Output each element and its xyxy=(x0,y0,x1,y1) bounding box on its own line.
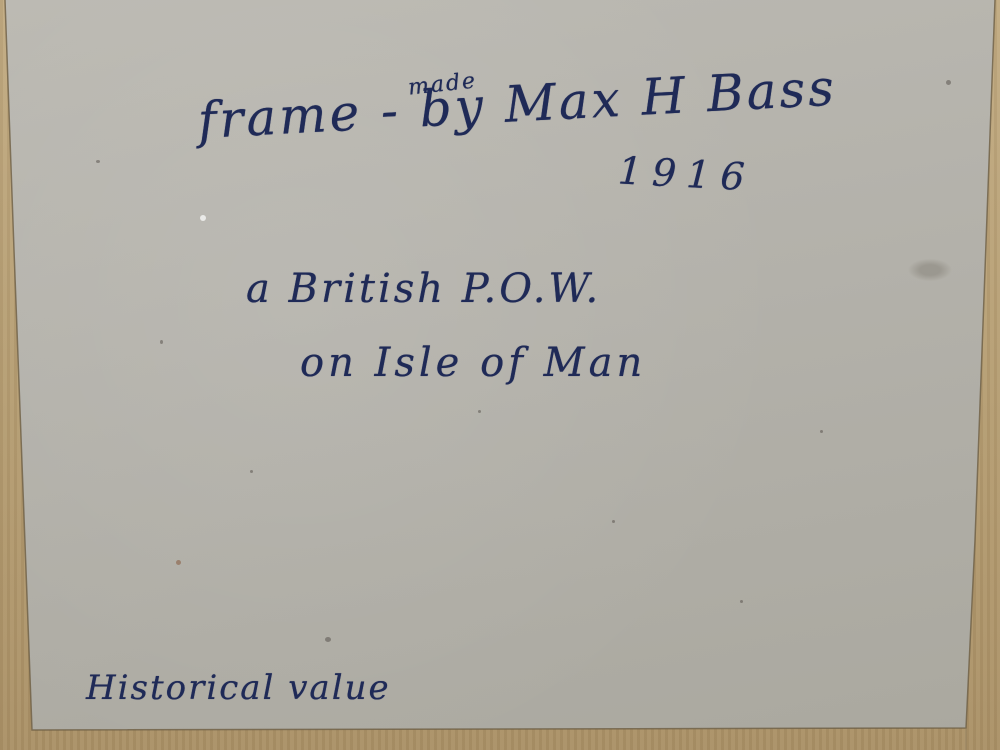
speck xyxy=(325,637,331,642)
speck xyxy=(820,430,823,433)
speck xyxy=(176,560,181,565)
inscription-year: 1916 xyxy=(617,148,756,199)
speck xyxy=(946,80,951,85)
speck xyxy=(612,520,615,523)
speck xyxy=(200,215,206,221)
speck xyxy=(740,600,743,603)
speck xyxy=(250,470,253,473)
speck xyxy=(478,410,481,413)
speck xyxy=(160,340,163,344)
inscription-historical-note: Historical value xyxy=(86,668,391,708)
inscription-location-line: on Isle of Man xyxy=(300,340,646,386)
inscription-pow-line: a British P.O.W. xyxy=(246,266,601,312)
speck xyxy=(96,160,100,163)
